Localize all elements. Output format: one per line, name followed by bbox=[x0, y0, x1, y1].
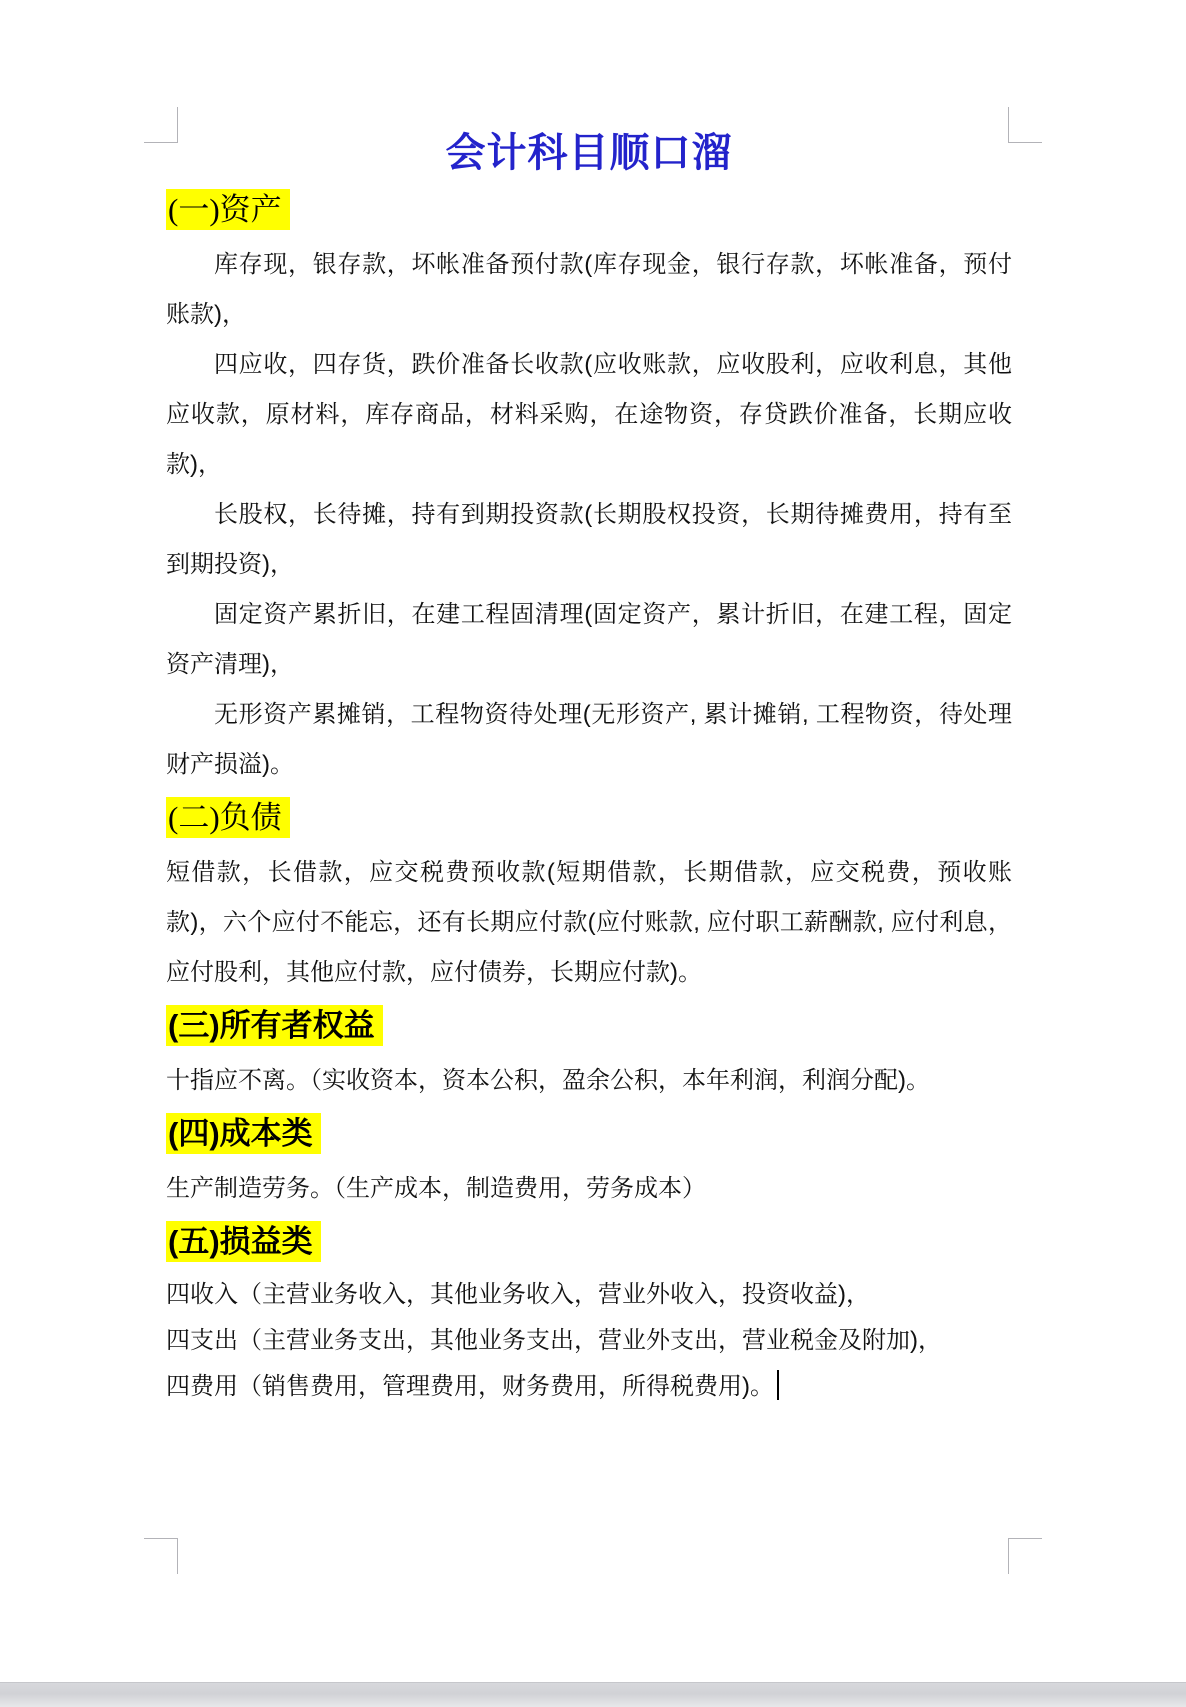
heading-highlight: (五)损益类 bbox=[166, 1221, 321, 1262]
paragraph[interactable]: 生产制造劳务。（生产成本，制造费用，劳务成本） bbox=[166, 1164, 1012, 1214]
section-heading-liabilities[interactable]: (二)负债 bbox=[166, 794, 1012, 842]
paragraph[interactable]: 四支出（主营业务支出，其他业务支出，营业外支出，营业税金及附加)， bbox=[166, 1318, 1012, 1364]
margin-crop-mark-bottom-right bbox=[1008, 1538, 1042, 1574]
section-heading-assets[interactable]: (一)资产 bbox=[166, 186, 1012, 234]
document-title[interactable]: 会计科目顺口溜 bbox=[166, 126, 1012, 180]
paragraph[interactable]: 短借款，长借款，应交税费预收款(短期借款，长期借款，应交税费，预收账款)，六个应… bbox=[166, 848, 1012, 998]
section-heading-profit-loss[interactable]: (五)损益类 bbox=[166, 1218, 1012, 1266]
section-liabilities: (二)负债 短借款，长借款，应交税费预收款(短期借款，长期借款，应交税费，预收账… bbox=[166, 794, 1012, 998]
paragraph[interactable]: 四费用（销售费用，管理费用，财务费用，所得税费用)。 bbox=[166, 1364, 1012, 1410]
section-profit-loss: (五)损益类 四收入（主营业务收入，其他业务收入，营业外收入，投资收益)， 四支… bbox=[166, 1218, 1012, 1410]
heading-highlight: (一)资产 bbox=[166, 189, 290, 230]
paragraph[interactable]: 库存现，银存款，坏帐准备预付款(库存现金，银行存款，坏帐准备，预付账款)， bbox=[166, 240, 1012, 340]
paragraph[interactable]: 无形资产累摊销，工程物资待处理(无形资产, 累计摊销, 工程物资，待处理财产损溢… bbox=[166, 690, 1012, 790]
document-text-area[interactable]: 会计科目顺口溜 (一)资产 库存现，银存款，坏帐准备预付款(库存现金，银行存款，… bbox=[166, 126, 1012, 1412]
paragraph[interactable]: 固定资产累折旧，在建工程固清理(固定资产，累计折旧，在建工程，固定资产清理)， bbox=[166, 590, 1012, 690]
section-heading-owners-equity[interactable]: (三)所有者权益 bbox=[166, 1002, 1012, 1050]
text-cursor bbox=[777, 1370, 779, 1400]
paragraph[interactable]: 四应收，四存货，跌价准备长收款(应收账款，应收股利，应收利息，其他应收款，原材料… bbox=[166, 340, 1012, 490]
heading-highlight: (三)所有者权益 bbox=[166, 1005, 383, 1046]
window-bottom-strip bbox=[0, 1682, 1186, 1707]
margin-crop-mark-bottom-left bbox=[144, 1538, 178, 1574]
section-owners-equity: (三)所有者权益 十指应不离。（实收资本，资本公积，盈余公积，本年利润，利润分配… bbox=[166, 1002, 1012, 1106]
paragraph[interactable]: 四收入（主营业务收入，其他业务收入，营业外收入，投资收益)， bbox=[166, 1272, 1012, 1318]
heading-highlight: (四)成本类 bbox=[166, 1113, 321, 1154]
paragraph[interactable]: 十指应不离。（实收资本，资本公积，盈余公积，本年利润，利润分配)。 bbox=[166, 1056, 1012, 1106]
section-assets: (一)资产 库存现，银存款，坏帐准备预付款(库存现金，银行存款，坏帐准备，预付账… bbox=[166, 186, 1012, 790]
paragraph-text: 四费用（销售费用，管理费用，财务费用，所得税费用)。 bbox=[166, 1373, 774, 1400]
paragraph[interactable]: 长股权，长待摊，持有到期投资款(长期股权投资，长期待摊费用，持有至到期投资)， bbox=[166, 490, 1012, 590]
section-heading-cost[interactable]: (四)成本类 bbox=[166, 1110, 1012, 1158]
heading-highlight: (二)负债 bbox=[166, 797, 290, 838]
margin-crop-mark-top-right bbox=[1008, 107, 1042, 143]
document-page: 会计科目顺口溜 (一)资产 库存现，银存款，坏帐准备预付款(库存现金，银行存款，… bbox=[0, 0, 1186, 1707]
section-cost: (四)成本类 生产制造劳务。（生产成本，制造费用，劳务成本） bbox=[166, 1110, 1012, 1214]
